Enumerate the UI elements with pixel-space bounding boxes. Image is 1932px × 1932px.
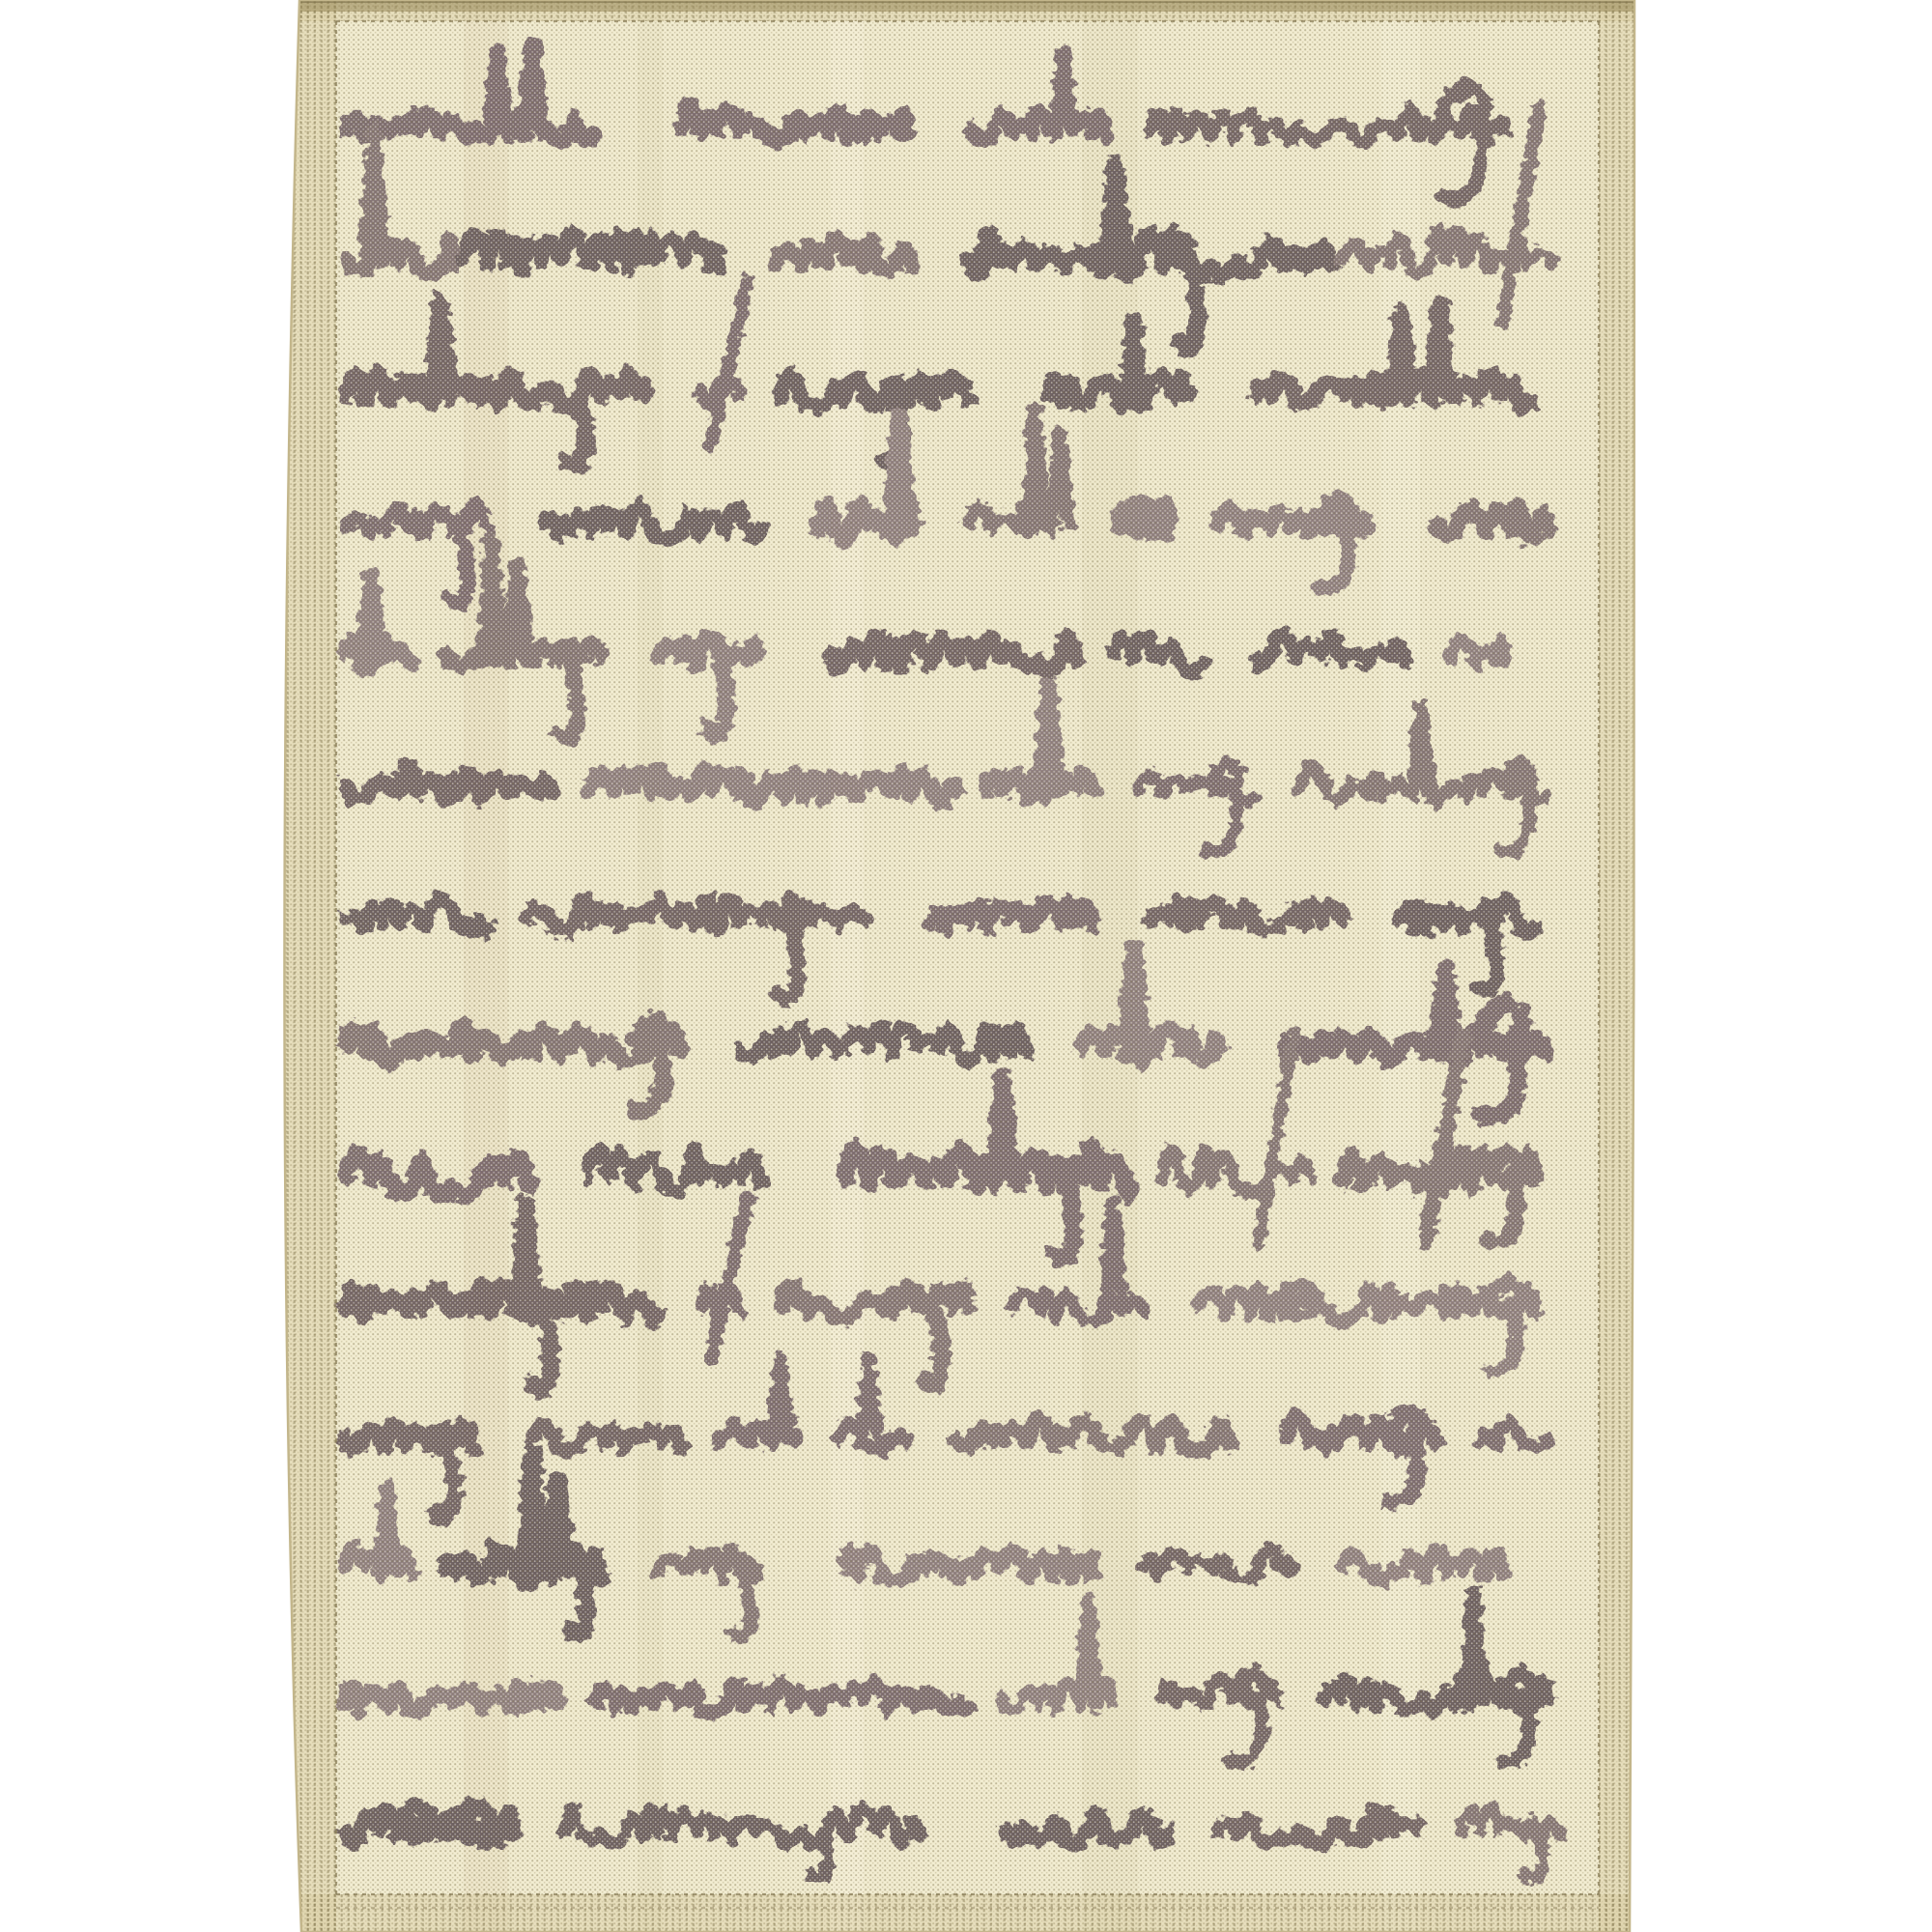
rug-border-band-right-texture <box>1599 0 1932 1932</box>
rug-body <box>243 0 1932 1932</box>
weave-overlay-light <box>243 0 1664 1932</box>
rug-border-band-right <box>1599 0 1932 1932</box>
rug-border-band-bottom-texture <box>243 1894 1664 1932</box>
product-photo <box>0 0 1932 1932</box>
rug-border-band-left-texture <box>243 0 336 1932</box>
rug-photo <box>0 0 1932 1932</box>
